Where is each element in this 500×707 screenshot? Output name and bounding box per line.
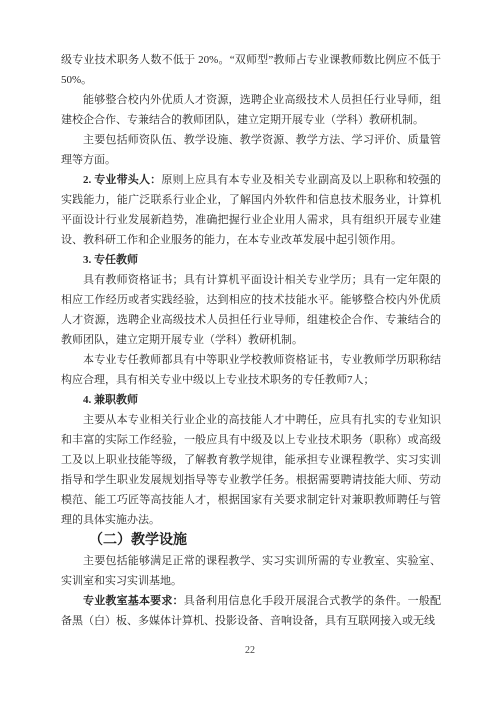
paragraph-text: 具有教师资格证书；具有计算机平面设计相关专业学历；具有一定年限的相应工作经历或者… — [61, 274, 441, 346]
paragraph-text: 本专业专任教师都具有中等职业学校教师资格证书，专业教师学历职称结构应合理，具有相… — [61, 354, 441, 386]
subheading-part-time-teachers: 4. 兼职教师 — [61, 390, 441, 410]
paragraph-continuation: 级专业技术职务人数不低于 20%。“双师型”教师占专业课教师数比例应不低于 50… — [61, 50, 441, 90]
paragraph-classroom-requirements: 专业教室基本要求：具备利用信息化手段开展混合式教学的条件。一般配备黑（白）板、多… — [61, 591, 441, 631]
paragraph-text: 主要包括师资队伍、教学设施、教学资源、教学方法、学习评价、质量管理等方面。 — [61, 134, 441, 166]
subheading-full-time-teachers: 3. 专任教师 — [61, 250, 441, 270]
paragraph: 主要包括能够满足正常的课程教学、实习实训所需的专业教室、实验室、实训室和实习实训… — [61, 551, 441, 591]
paragraph-text: 主要包括能够满足正常的课程教学、实习实训所需的专业教室、实验室、实训室和实习实训… — [61, 555, 441, 587]
paragraph-numbered: 2. 专业带头人：原则上应具有本专业及相关专业副高及以上职称和较强的实践能力，能… — [61, 170, 441, 250]
page-content: 级专业技术职务人数不低于 20%。“双师型”教师占专业课教师数比例应不低于 50… — [61, 50, 441, 631]
page-number: 22 — [0, 645, 500, 656]
paragraph: 能够整合校内外优质人才资源，选聘企业高级技术人员担任行业导师，组建校企合作、专兼… — [61, 90, 441, 130]
paragraph: 主要包括师资队伍、教学设施、教学资源、教学方法、学习评价、质量管理等方面。 — [61, 130, 441, 170]
paragraph-lead: 专业教室基本要求： — [83, 595, 184, 607]
paragraph: 具有教师资格证书；具有计算机平面设计相关专业学历；具有一定年限的相应工作经历或者… — [61, 270, 441, 350]
paragraph: 本专业专任教师都具有中等职业学校教师资格证书，专业教师学历职称结构应合理，具有相… — [61, 350, 441, 390]
paragraph-text: 级专业技术职务人数不低于 20%。“双师型”教师占专业课教师数比例应不低于 50… — [61, 54, 441, 86]
section-heading-teaching-facilities: （二）教学设施 — [61, 530, 441, 551]
paragraph: 主要从本专业相关行业企业的高技能人才中聘任，应具有扎实的专业知识和丰富的实际工作… — [61, 410, 441, 530]
paragraph-text: 能够整合校内外优质人才资源，选聘企业高级技术人员担任行业导师，组建校企合作、专兼… — [61, 94, 441, 126]
paragraph-text: 主要从本专业相关行业企业的高技能人才中聘任，应具有扎实的专业知识和丰富的实际工作… — [61, 414, 441, 526]
document-page: 级专业技术职务人数不低于 20%。“双师型”教师占专业课教师数比例应不低于 50… — [0, 0, 500, 707]
paragraph-lead: 2. 专业带头人： — [83, 174, 161, 186]
